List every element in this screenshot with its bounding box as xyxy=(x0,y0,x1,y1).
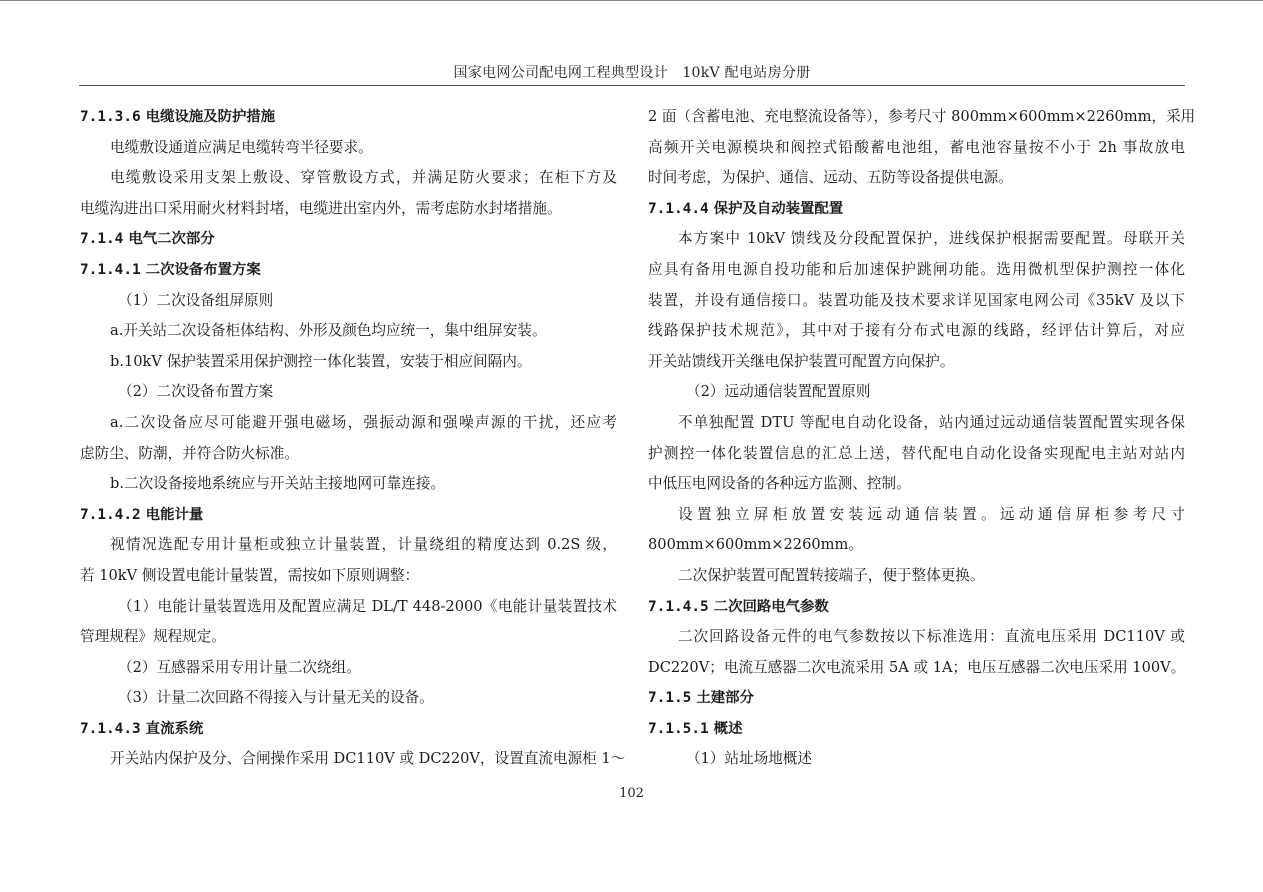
paragraph-line: 高频开关电源模块和阀控式铅酸蓄电池组，蓄电池容量按不小于 2h 事故放电 xyxy=(648,133,1185,164)
section-heading: 7.1.4 电气二次部分 xyxy=(80,224,617,255)
section-number: 7.1.4.1 xyxy=(80,262,141,278)
section-number: 7.1.5.1 xyxy=(648,721,709,737)
paragraph-line: （3）计量二次回路不得接入与计量无关的设备。 xyxy=(80,683,617,714)
paragraph-line: 时间考虑，为保护、通信、远动、五防等设备提供电源。 xyxy=(648,163,1185,194)
section-number: 7.1.4.2 xyxy=(80,507,141,523)
section-number: 7.1.4.4 xyxy=(648,201,709,217)
paragraph-line: a.开关站二次设备柜体结构、外形及颜色均应统一，集中组屏安装。 xyxy=(80,316,617,347)
paragraph-line: 电缆敷设采用支架上敷设、穿管敷设方式，并满足防火要求；在柜下方及 xyxy=(80,163,617,194)
paragraph-line: 管理规程》规程规定。 xyxy=(80,622,617,653)
section-number: 7.1.4.3 xyxy=(80,721,141,737)
section-number: 7.1.4 xyxy=(80,231,123,247)
section-number: 7.1.4.5 xyxy=(648,599,709,615)
paragraph-line: 若 10kV 侧设置电能计量装置，需按如下原则调整： xyxy=(80,561,617,592)
section-heading: 7.1.4.5 二次回路电气参数 xyxy=(648,592,1185,623)
right-column: 2 面（含蓄电池、充电整流设备等），参考尺寸 800mm×600mm×2260m… xyxy=(648,102,1185,775)
paragraph-line: 设置独立屏柜放置安装远动通信装置。远动通信屏柜参考尺寸 xyxy=(648,500,1185,531)
section-title: 保护及自动装置配置 xyxy=(714,201,844,217)
section-title: 电能计量 xyxy=(146,507,204,523)
running-header: 国家电网公司配电网工程典型设计 10kV 配电站房分册 xyxy=(79,62,1185,86)
paragraph-line: b.10kV 保护装置采用保护测控一体化装置，安装于相应间隔内。 xyxy=(80,347,617,378)
section-heading: 7.1.5 土建部分 xyxy=(648,683,1185,714)
section-title: 二次回路电气参数 xyxy=(714,599,829,615)
page-top-edge xyxy=(0,0,1263,1)
section-heading: 7.1.5.1 概述 xyxy=(648,714,1185,745)
paragraph-line: 电缆敷设通道应满足电缆转弯半径要求。 xyxy=(80,133,617,164)
paragraph-line: 中低压电网设备的各种远方监测、控制。 xyxy=(648,469,1185,500)
paragraph-line: （1）二次设备组屏原则 xyxy=(80,286,617,317)
paragraph-line: 二次保护装置可配置转接端子，便于整体更换。 xyxy=(648,561,1185,592)
paragraph-line: 开关站馈线开关继电保护装置可配置方向保护。 xyxy=(648,347,1185,378)
paragraph-line: a.二次设备应尽可能避开强电磁场，强振动源和强噪声源的干扰，还应考 xyxy=(80,408,617,439)
paragraph-line: （2）互感器采用专用计量二次绕组。 xyxy=(80,653,617,684)
section-heading: 7.1.4.3 直流系统 xyxy=(80,714,617,745)
section-title: 二次设备布置方案 xyxy=(146,262,261,278)
paragraph-line: 二次回路设备元件的电气参数按以下标准选用：直流电压采用 DC110V 或 xyxy=(648,622,1185,653)
paragraph-line: 电缆沟进出口采用耐火材料封堵，电缆进出室内外，需考虑防水封堵措施。 xyxy=(80,194,617,225)
section-heading: 7.1.4.4 保护及自动装置配置 xyxy=(648,194,1185,225)
paragraph-line: 开关站内保护及分、合闸操作采用 DC110V 或 DC220V，设置直流电源柜 … xyxy=(80,744,617,775)
section-title: 电气二次部分 xyxy=(128,231,214,247)
paragraph-line: 2 面（含蓄电池、充电整流设备等），参考尺寸 800mm×600mm×2260m… xyxy=(648,102,1185,133)
section-title: 土建部分 xyxy=(696,690,754,706)
paragraph-line: 视情况选配专用计量柜或独立计量装置，计量绕组的精度达到 0.2S 级， xyxy=(80,530,617,561)
paragraph-line: 应具有备用电源自投功能和后加速保护跳闸功能。选用微机型保护测控一体化 xyxy=(648,255,1185,286)
section-number: 7.1.3.6 xyxy=(80,109,141,125)
paragraph-line: （1）站址场地概述 xyxy=(648,744,1185,775)
section-title: 电缆设施及防护措施 xyxy=(146,109,276,125)
section-title: 直流系统 xyxy=(146,721,204,737)
paragraph-line: 虑防尘、防潮，并符合防火标准。 xyxy=(80,439,617,470)
section-title: 概述 xyxy=(714,721,743,737)
paragraph-line: （2）远动通信装置配置原则 xyxy=(648,377,1185,408)
paragraph-line: 800mm×600mm×2260mm。 xyxy=(648,530,1185,561)
left-column: 7.1.3.6 电缆设施及防护措施电缆敷设通道应满足电缆转弯半径要求。电缆敷设采… xyxy=(80,102,617,775)
paragraph-line: （1）电能计量装置选用及配置应满足 DL/T 448-2000《电能计量装置技术 xyxy=(80,592,617,623)
paragraph-line: （2）二次设备布置方案 xyxy=(80,377,617,408)
header-rule xyxy=(79,85,1185,86)
paragraph-line: b.二次设备接地系统应与开关站主接地网可靠连接。 xyxy=(80,469,617,500)
section-heading: 7.1.4.2 电能计量 xyxy=(80,500,617,531)
section-heading: 7.1.3.6 电缆设施及防护措施 xyxy=(80,102,617,133)
section-heading: 7.1.4.1 二次设备布置方案 xyxy=(80,255,617,286)
paragraph-line: 线路保护技术规范》，其中对于接有分布式电源的线路，经评估计算后，对应 xyxy=(648,316,1185,347)
paragraph-line: 不单独配置 DTU 等配电自动化设备，站内通过远动通信装置配置实现各保 xyxy=(648,408,1185,439)
paragraph-line: 装置，并设有通信接口。装置功能及技术要求详见国家电网公司《35kV 及以下 xyxy=(648,286,1185,317)
section-number: 7.1.5 xyxy=(648,690,691,706)
paragraph-line: DC220V；电流互感器二次电流采用 5A 或 1A；电压互感器二次电压采用 1… xyxy=(648,653,1185,684)
paragraph-line: 护测控一体化装置信息的汇总上送，替代配电自动化设备实现配电主站对站内 xyxy=(648,439,1185,470)
page-number: 102 xyxy=(0,786,1263,801)
paragraph-line: 本方案中 10kV 馈线及分段配置保护，进线保护根据需要配置。母联开关 xyxy=(648,224,1185,255)
